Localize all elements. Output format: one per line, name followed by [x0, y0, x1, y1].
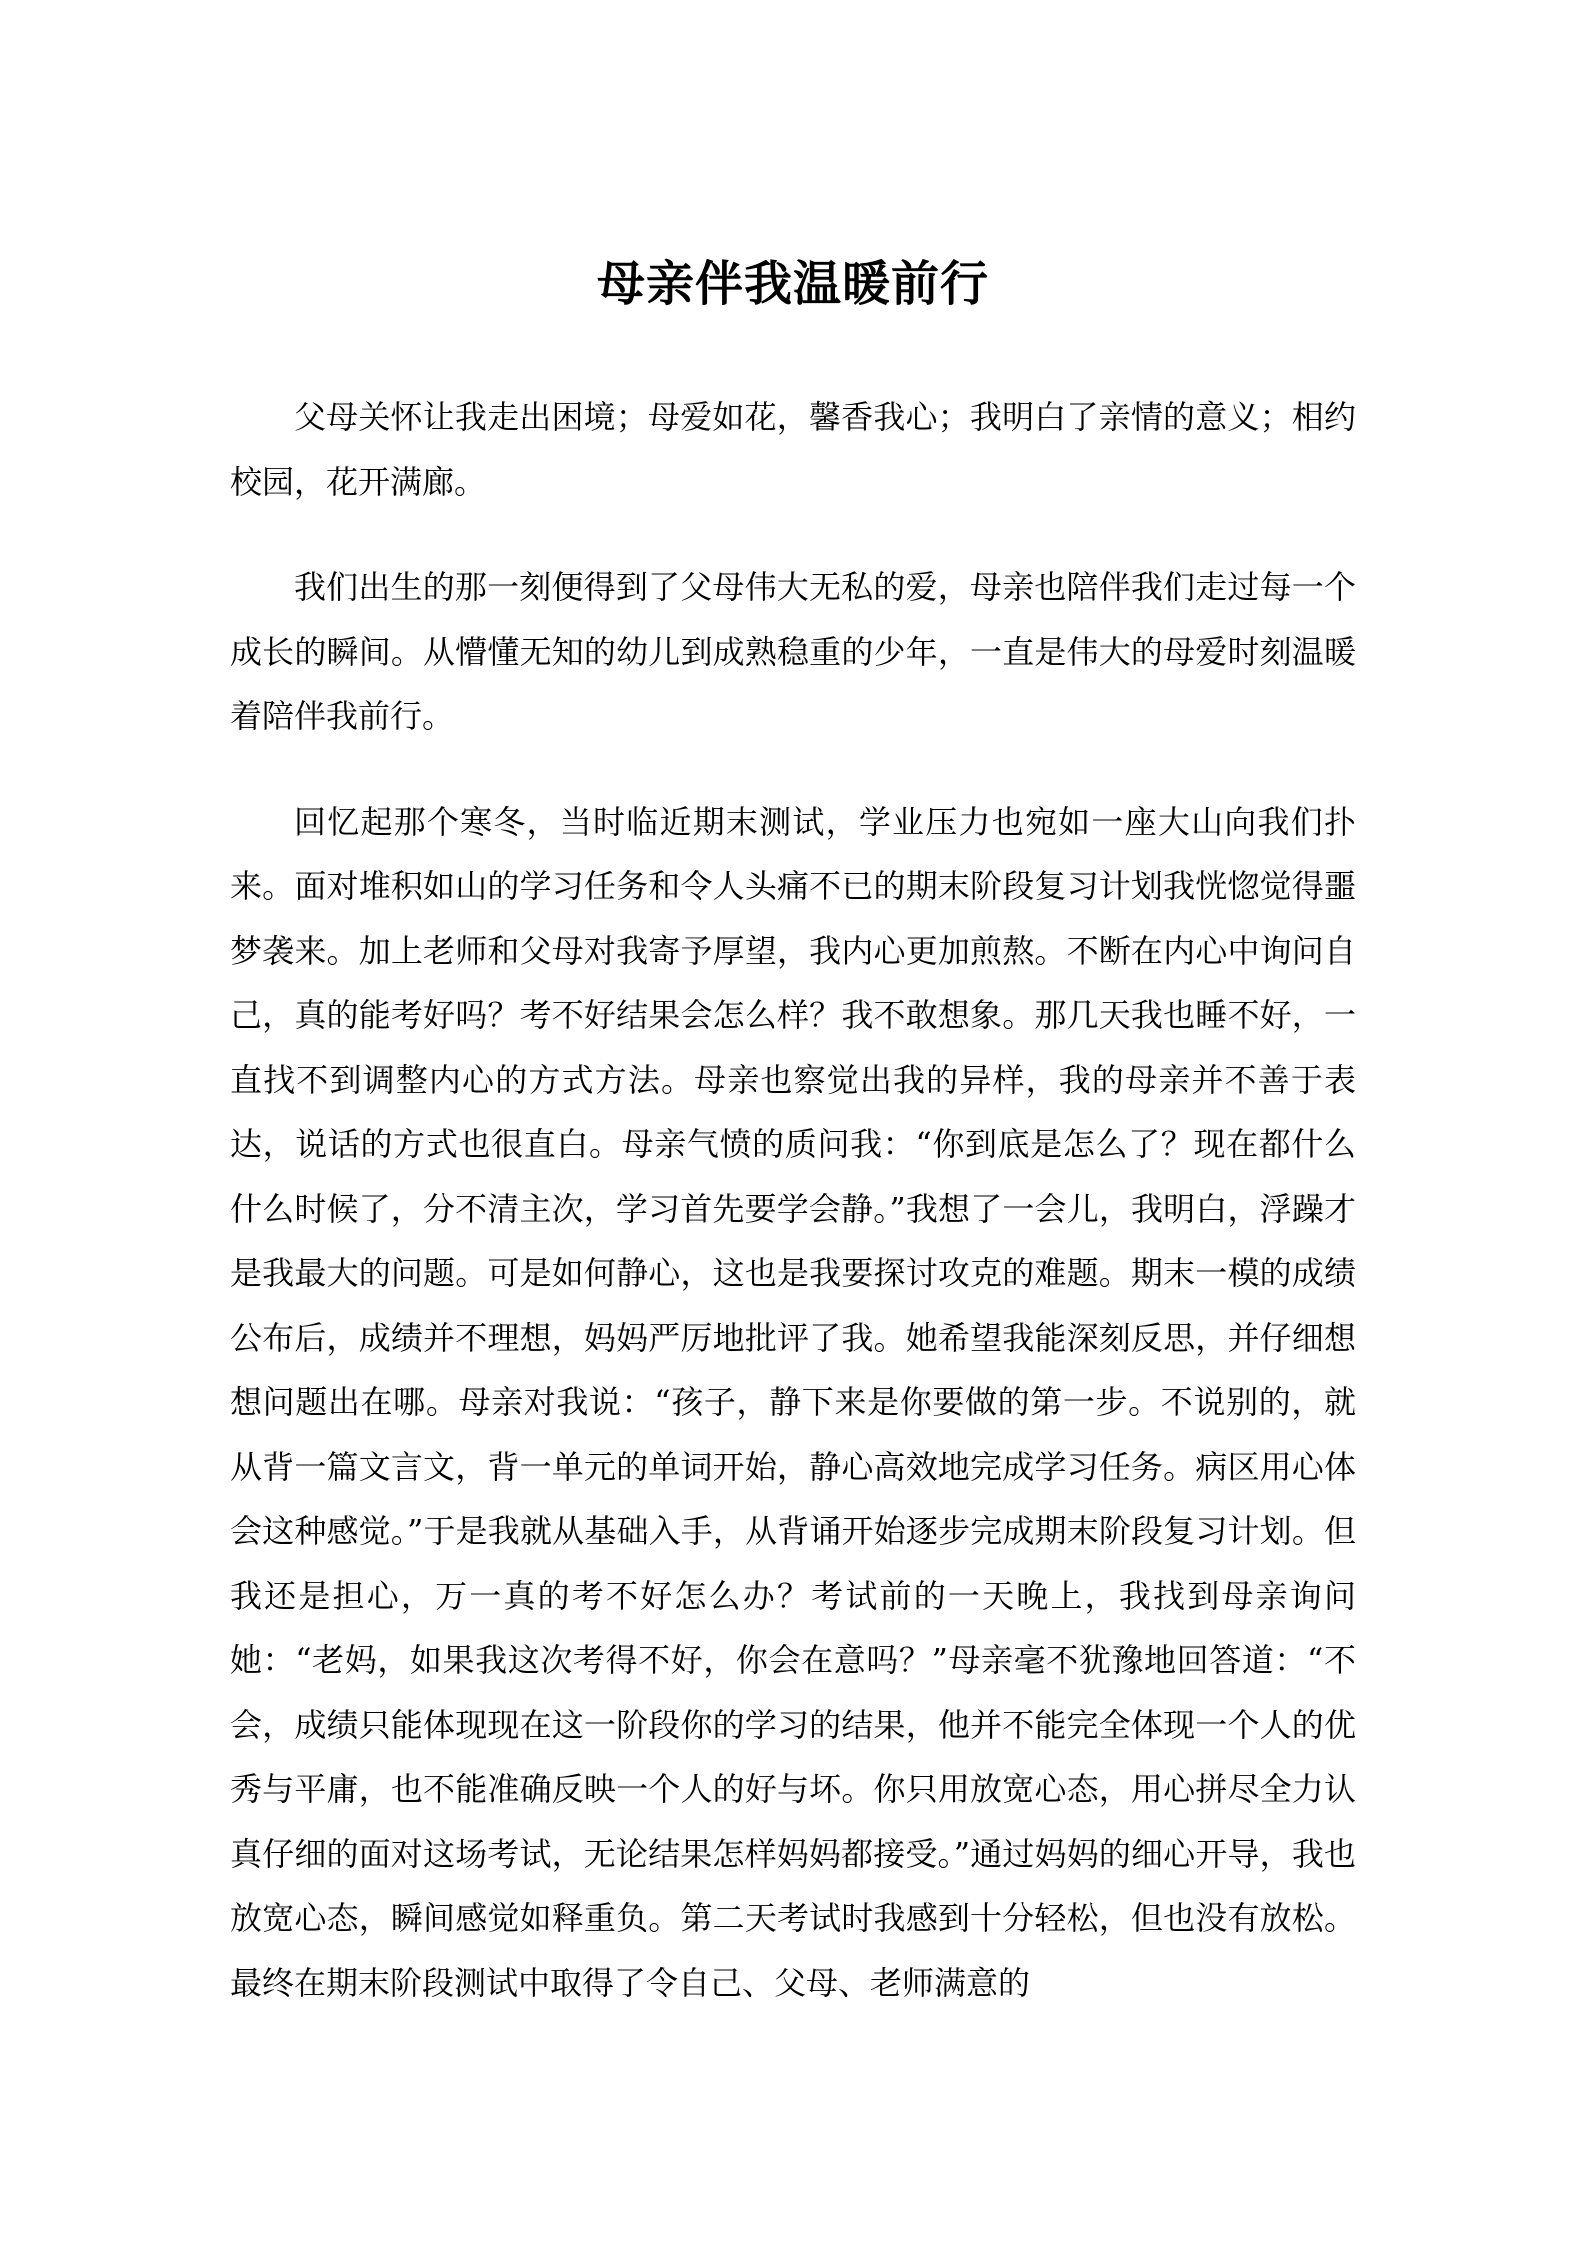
document-content: 母亲伴我温暖前行 父母关怀让我走出困境；母爱如花，馨香我心；我明白了亲情的意义；… — [230, 248, 1356, 2015]
paragraph-3: 回忆起那个寒冬，当时临近期末测试，学业压力也宛如一座大山向我们扑来。面对堆积如山… — [230, 790, 1356, 2016]
paragraph-1: 父母关怀让我走出困境；母爱如花，馨香我心；我明白了亲情的意义；相约校园，花开满廊… — [230, 385, 1356, 514]
document-page: 母亲伴我温暖前行 父母关怀让我走出困境；母爱如花，馨香我心；我明白了亲情的意义；… — [0, 0, 1587, 2245]
document-title: 母亲伴我温暖前行 — [230, 248, 1356, 320]
paragraph-2: 我们出生的那一刻便得到了父母伟大无私的爱，母亲也陪伴我们走过每一个成长的瞬间。从… — [230, 555, 1356, 749]
